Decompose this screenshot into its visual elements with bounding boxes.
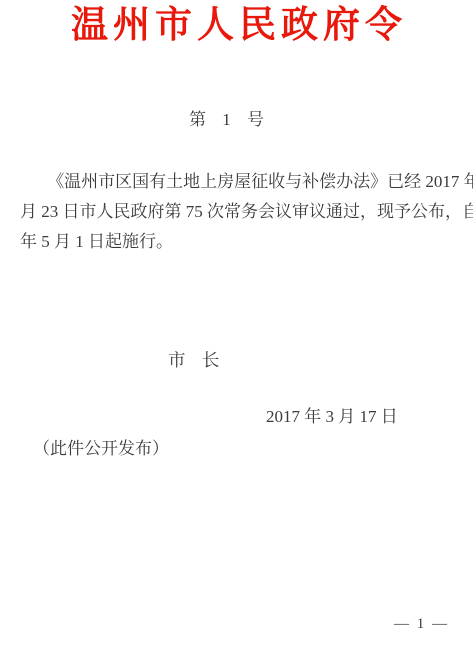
page-number: — 1 — (394, 615, 449, 633)
body-line-3: 年 5 月 1 日起施行。 (20, 227, 463, 257)
body-paragraph: 《温州市区国有土地上房屋征收与补偿办法》已经 2017 年 1 月 23 日市人… (20, 167, 463, 257)
release-note: （此件公开发布） (33, 439, 169, 459)
document-page: 温州市人民政府令 第 1 号 《温州市区国有土地上房屋征收与补偿办法》已经 20… (0, 0, 473, 647)
issue-date: 2017 年 3 月 17 日 (266, 407, 398, 427)
body-line-2: 月 23 日市人民政府第 75 次常务会议审议通过，现予公布，自 2017 (20, 197, 463, 227)
order-number: 第 1 号 (0, 107, 453, 133)
signer-title: 市 长 (168, 350, 219, 370)
body-line-1: 《温州市区国有土地上房屋征收与补偿办法》已经 2017 年 1 (20, 167, 463, 197)
document-title: 温州市人民政府令 (0, 2, 473, 50)
